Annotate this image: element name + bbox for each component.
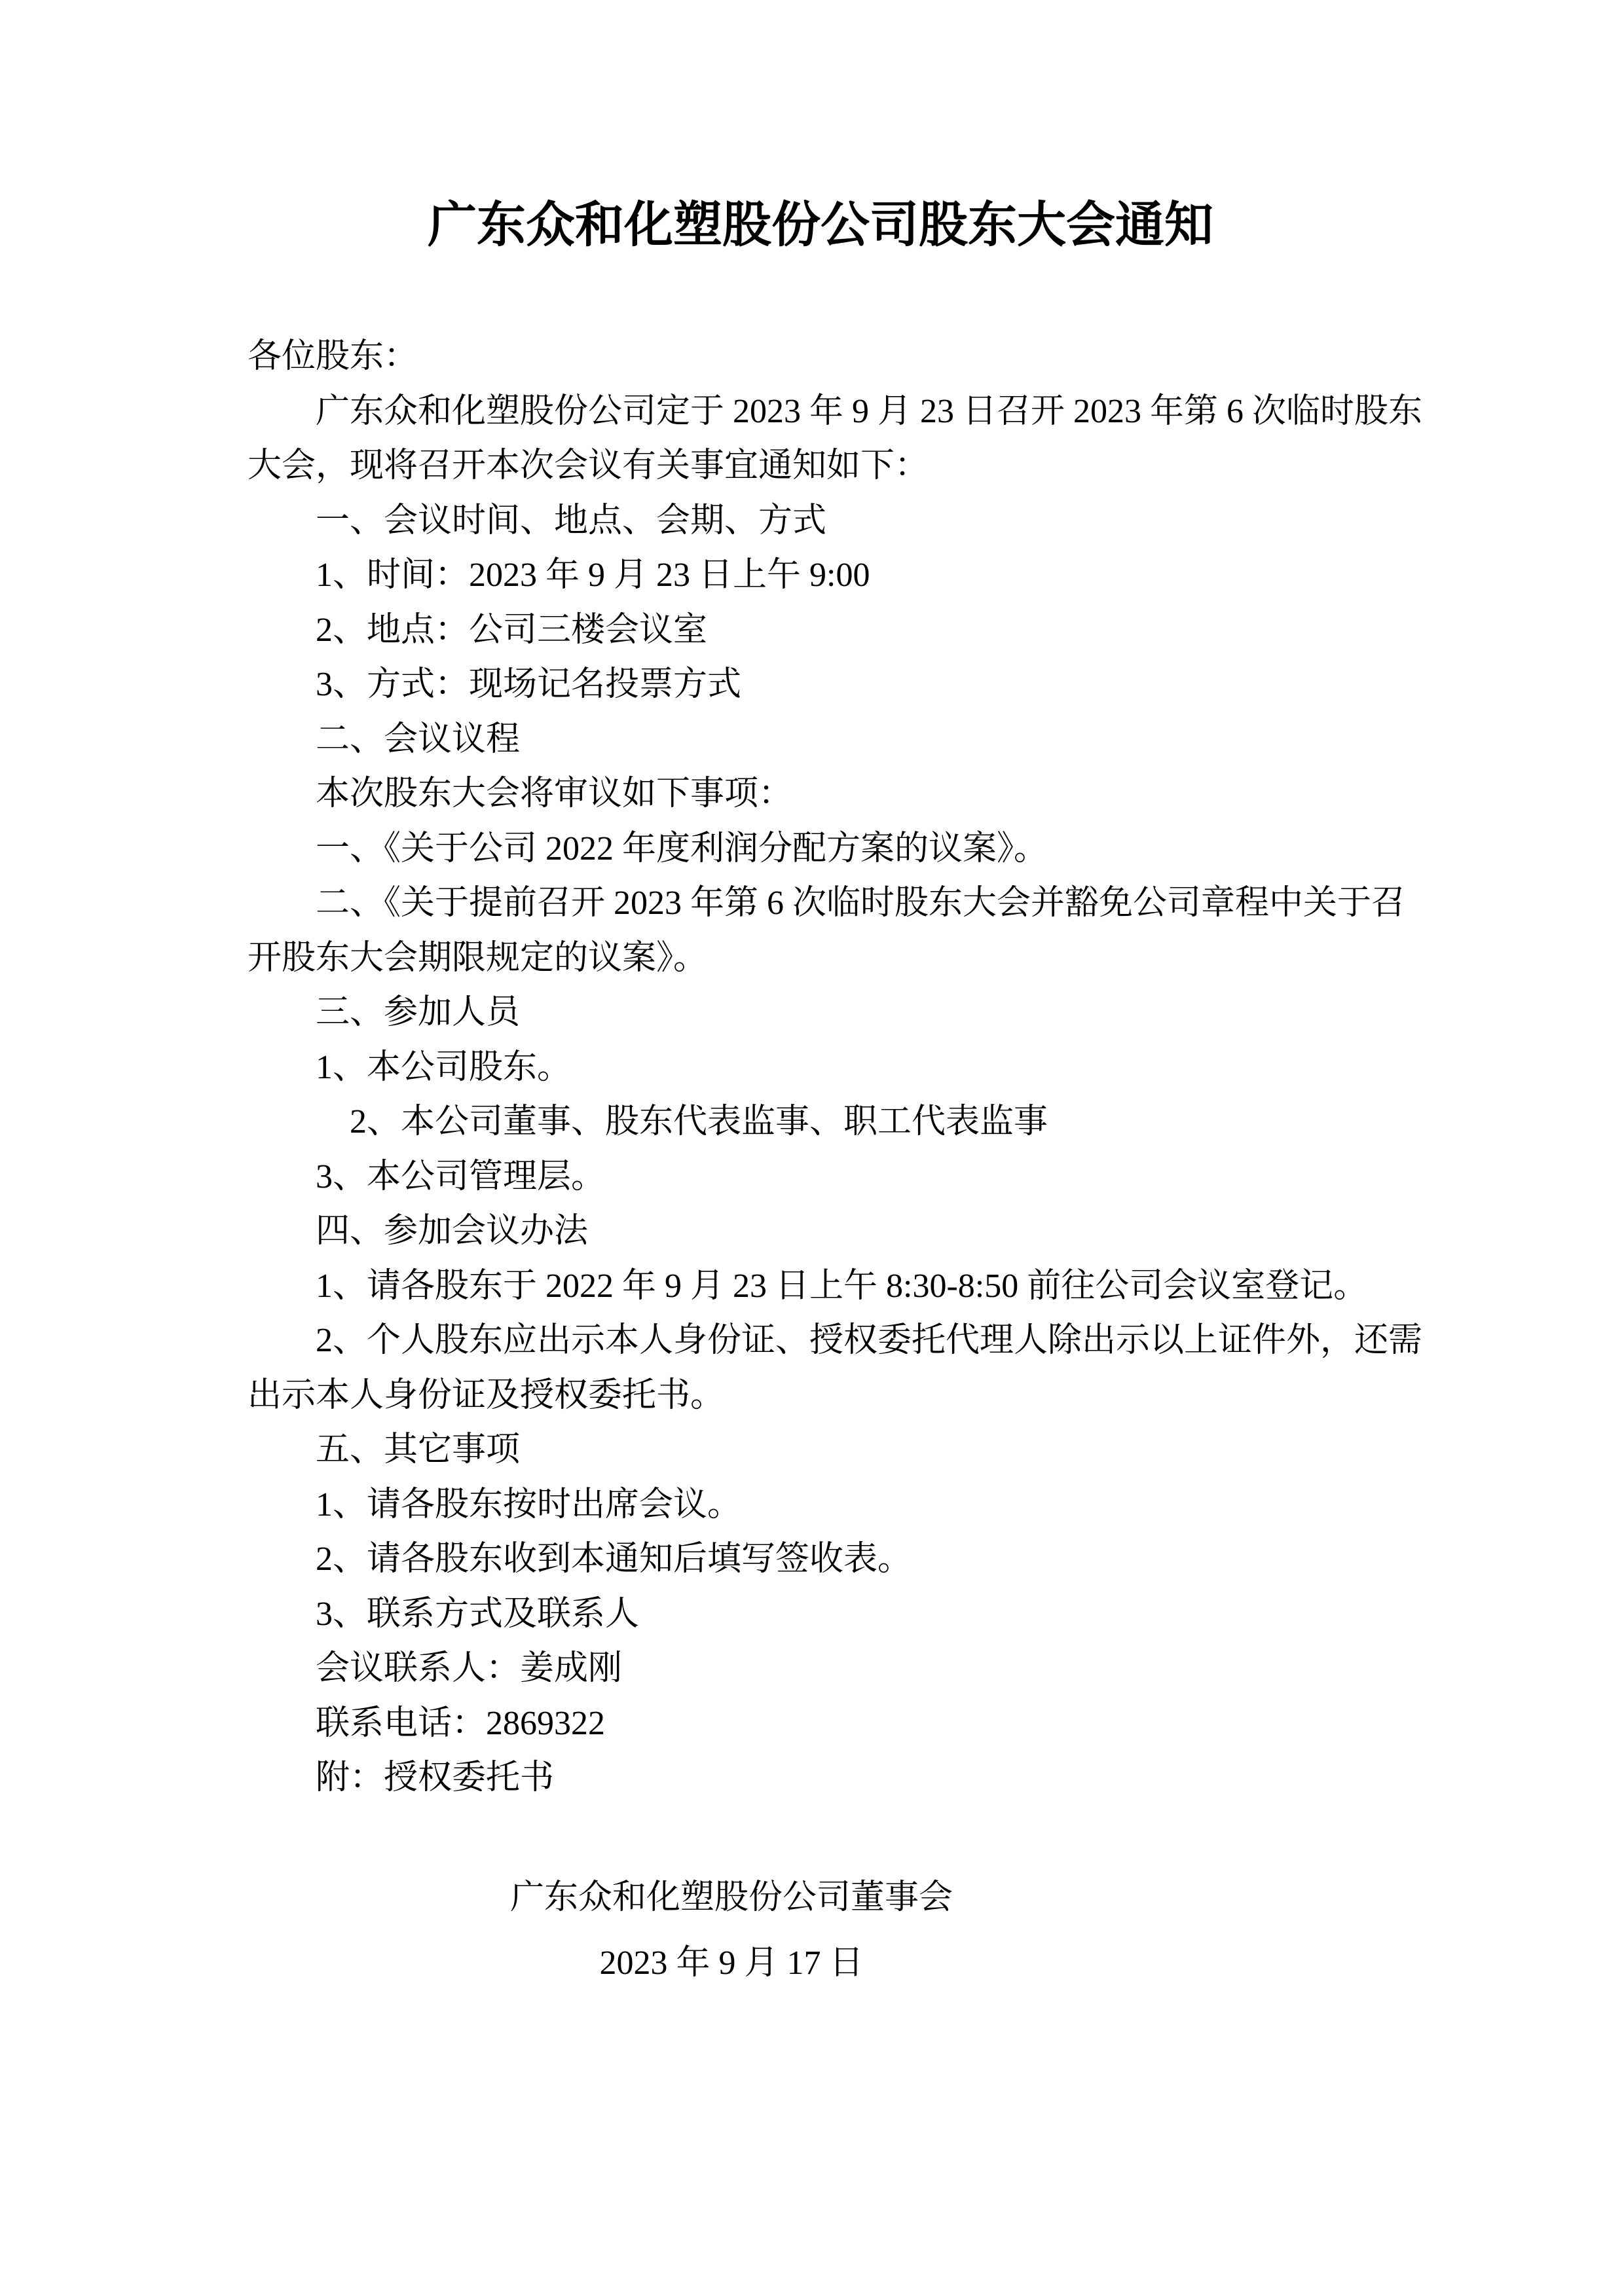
- body-line: 二、会议议程: [248, 712, 1426, 767]
- body-line: 2、地点：公司三楼会议室: [248, 603, 1426, 658]
- body-line: 四、参加会议办法: [248, 1204, 1426, 1259]
- body-line: 一、会议时间、地点、会期、方式: [248, 494, 1426, 549]
- body-line: 1、请各股东于 2022 年 9 月 23 日上午 8:30-8:50 前往公司…: [248, 1259, 1426, 1314]
- body-line: 2、本公司董事、股东代表监事、职工代表监事: [248, 1095, 1426, 1150]
- body-line: 1、请各股东按时出席会议。: [248, 1478, 1426, 1533]
- body-line: 大会，现将召开本次会议有关事宜通知如下：: [248, 439, 1426, 494]
- body-line: 开股东大会期限规定的议案》。: [248, 931, 1426, 986]
- body-line: 广东众和化塑股份公司定于 2023 年 9 月 23 日召开 2023 年第 6…: [248, 384, 1426, 439]
- body-line: 二、《关于提前召开 2023 年第 6 次临时股东大会并豁免公司章程中关于召: [248, 876, 1426, 931]
- body-line: 会议联系人：姜成刚: [248, 1641, 1426, 1696]
- body-line: 三、参加人员: [248, 985, 1426, 1040]
- body-line: 3、方式：现场记名投票方式: [248, 657, 1426, 712]
- body-line: 联系电话：2869322: [248, 1696, 1426, 1751]
- body-line: 附：授权委托书: [248, 1751, 1426, 1806]
- body-line: 出示本人身份证及授权委托书。: [248, 1368, 1426, 1423]
- body-line: 一、《关于公司 2022 年度利润分配方案的议案》。: [248, 822, 1426, 877]
- body-line: 本次股东大会将审议如下事项：: [248, 767, 1426, 822]
- document-body: 各位股东： 广东众和化塑股份公司定于 2023 年 9 月 23 日召开 202…: [248, 329, 1426, 1806]
- signature-date: 2023 年 9 月 17 日: [248, 1931, 1215, 1996]
- body-line: 2、个人股东应出示本人身份证、授权委托代理人除出示以上证件外，还需: [248, 1313, 1426, 1368]
- salutation-line: 各位股东：: [248, 329, 1426, 384]
- body-line: 五、其它事项: [248, 1423, 1426, 1478]
- document-title: 广东众和化塑股份公司股东大会通知: [248, 200, 1393, 252]
- body-line: 2、请各股东收到本通知后填写签收表。: [248, 1532, 1426, 1587]
- body-line: 3、联系方式及联系人: [248, 1587, 1426, 1642]
- body-line: 3、本公司管理层。: [248, 1150, 1426, 1205]
- body-line: 1、时间：2023 年 9 月 23 日上午 9:00: [248, 548, 1426, 603]
- body-line: 1、本公司股东。: [248, 1040, 1426, 1095]
- signature-company: 广东众和化塑股份公司董事会: [248, 1865, 1215, 1931]
- document-page: 广东众和化塑股份公司股东大会通知 各位股东： 广东众和化塑股份公司定于 2023…: [0, 0, 1624, 2296]
- signature-block: 广东众和化塑股份公司董事会 2023 年 9 月 17 日: [248, 1865, 1215, 1996]
